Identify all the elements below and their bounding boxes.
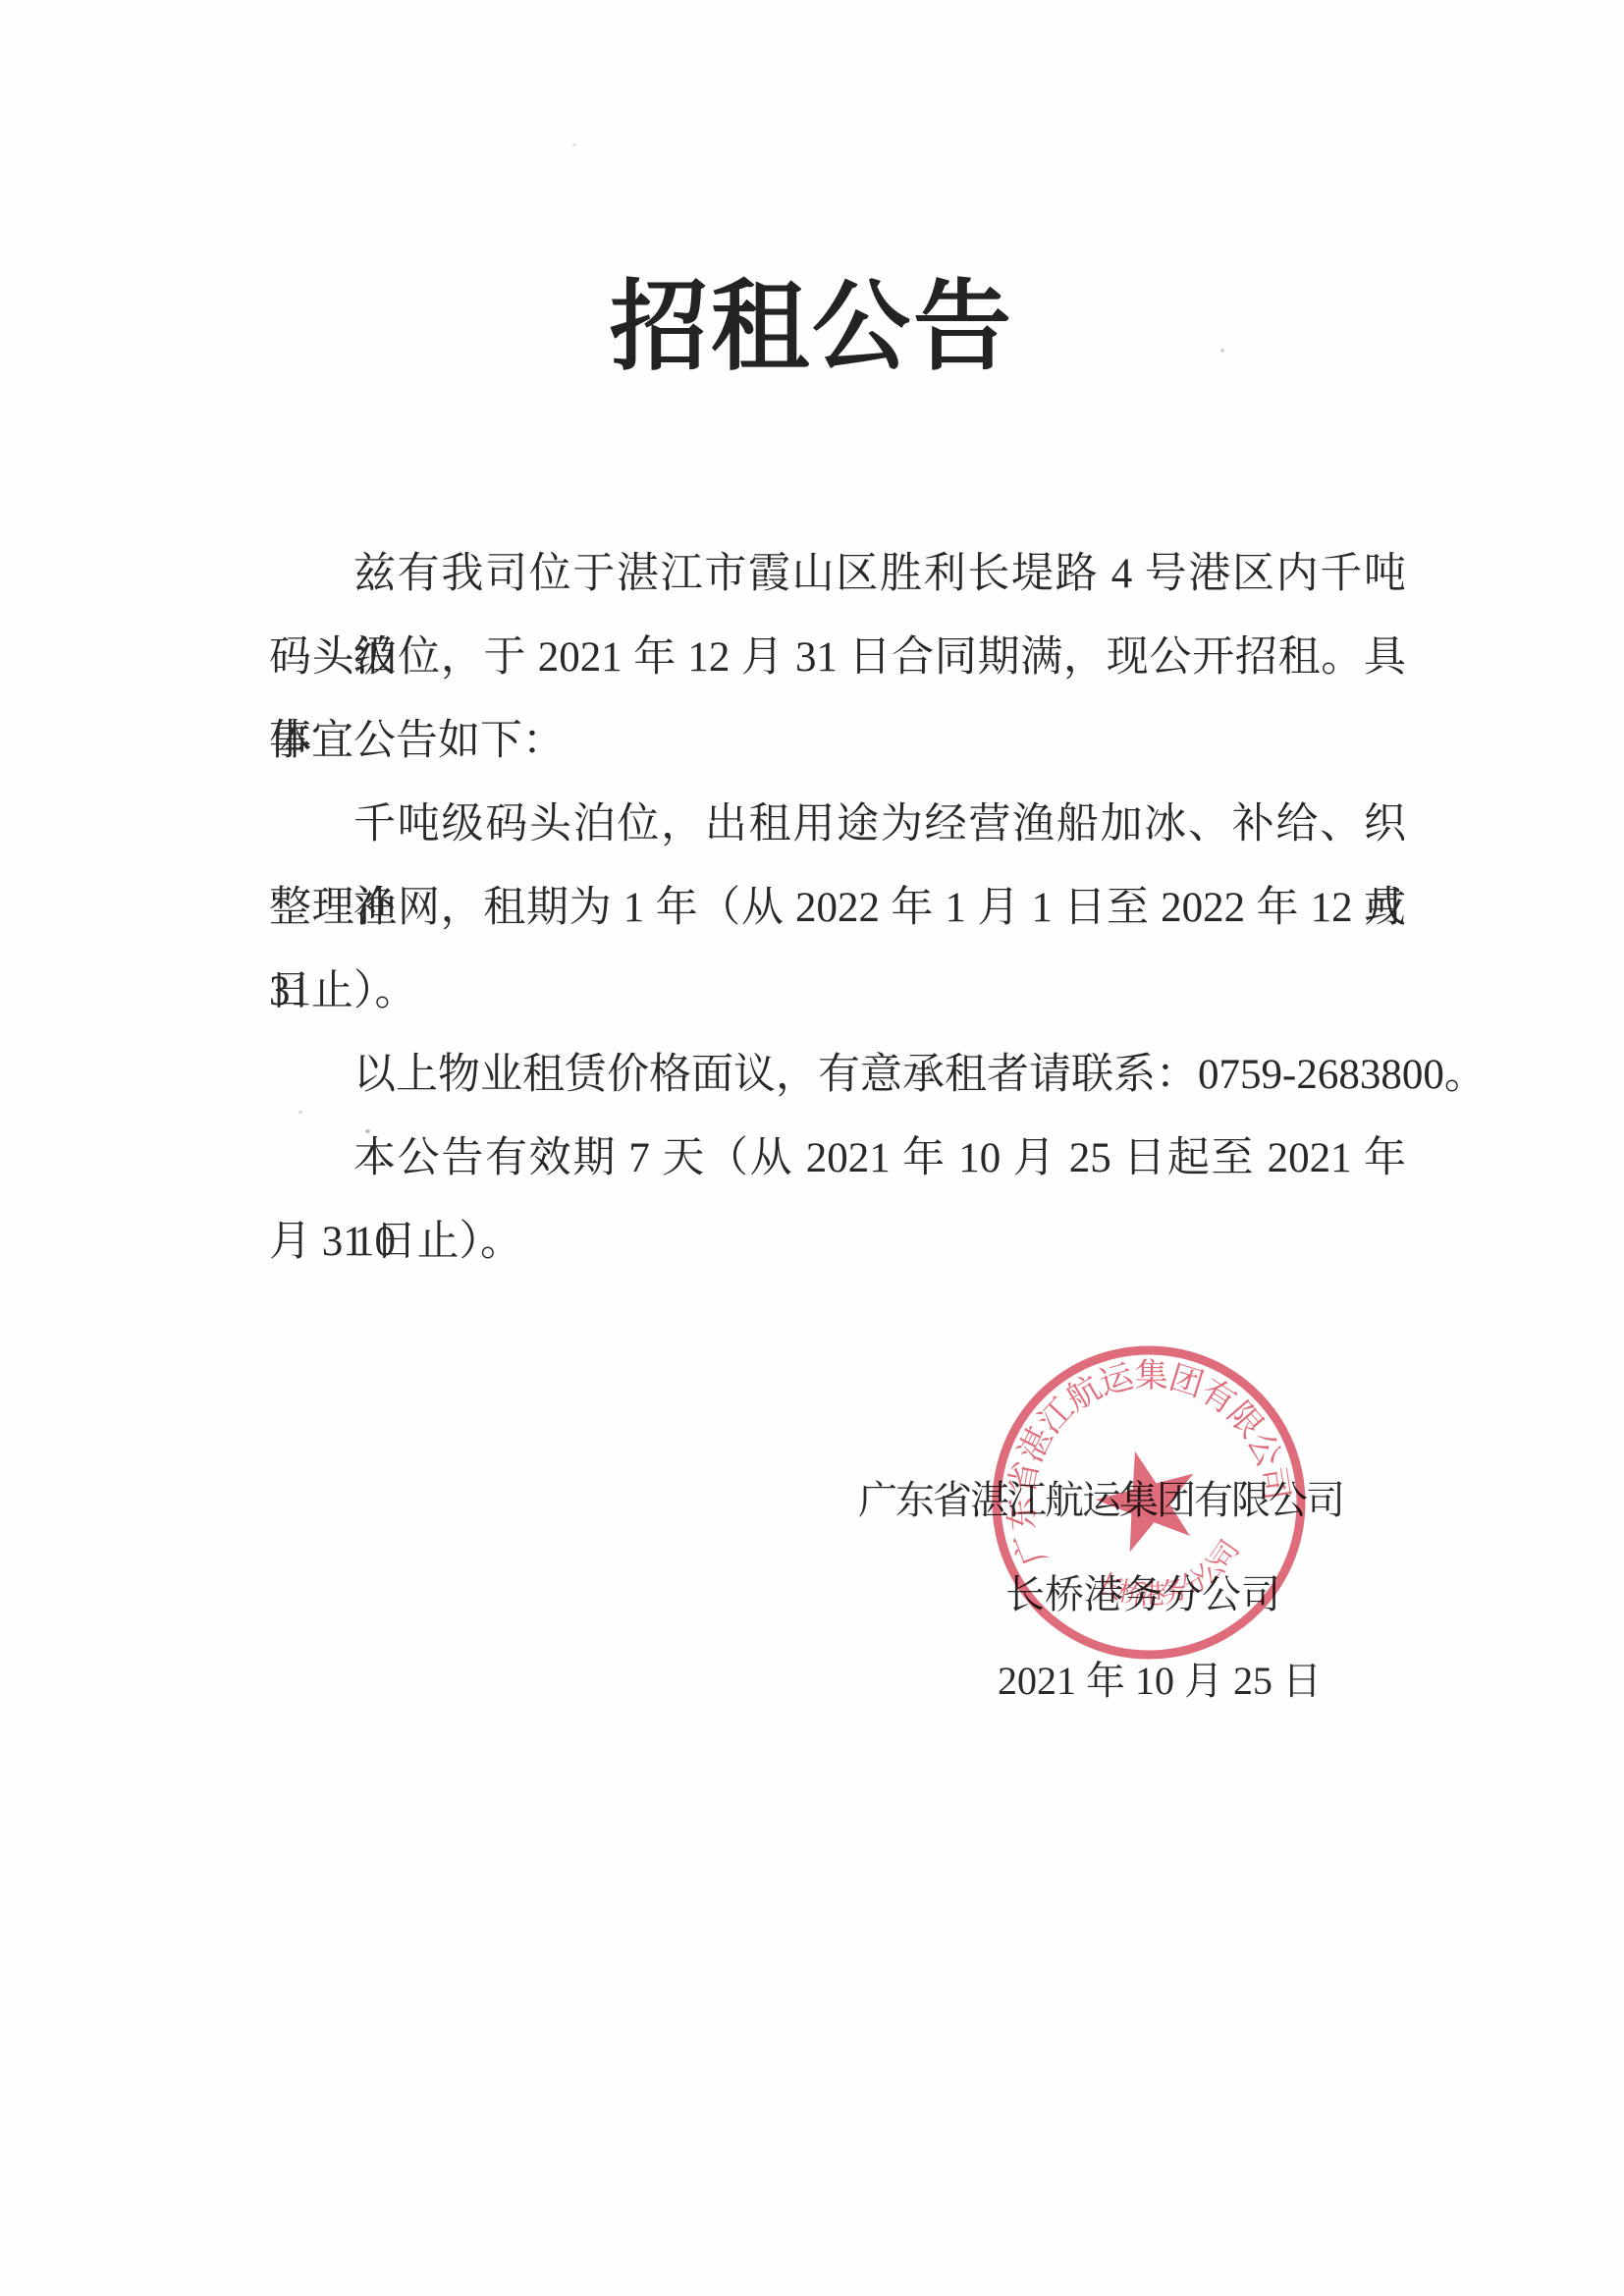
- scan-speck: [1220, 349, 1224, 353]
- svg-text:广东省湛江航运集团有限公司: 广东省湛江航运集团有限公司: [982, 1336, 1297, 1571]
- scan-speck: [365, 1129, 370, 1133]
- body-line: 兹有我司位于湛江市霞山区胜利长堤路 4 号港区内千吨级: [269, 532, 1406, 616]
- signature-company-name: 广东省湛江航运集团有限公司: [858, 1475, 1343, 1526]
- signature-date: 2021 年 10 月 25 日: [998, 1656, 1322, 1707]
- scanned-document-page: 招租公告 兹有我司位于湛江市霞山区胜利长堤路 4 号港区内千吨级 码头泊位，于 …: [0, 0, 1624, 2296]
- document-body: 兹有我司位于湛江市霞山区胜利长堤路 4 号港区内千吨级 码头泊位，于 2021 …: [269, 532, 1406, 1284]
- scan-speck: [298, 1111, 302, 1114]
- scan-speck: [572, 143, 576, 146]
- signature-branch-name: 长桥港务分公司: [1005, 1569, 1280, 1620]
- body-line: 千吨级码头泊位，出租用途为经营渔船加冰、补给、织补或: [269, 783, 1406, 866]
- body-line: 本公告有效期 7 天（从 2021 年 10 月 25 日起至 2021 年 1…: [269, 1117, 1406, 1200]
- body-line: 整理渔网，租期为 1 年（从 2022 年 1 月 1 日至 2022 年 12…: [269, 866, 1406, 950]
- body-line: 以上物业租赁价格面议，有意承租者请联系：0759-2683800。: [269, 1033, 1406, 1117]
- body-line: 日止）。: [269, 950, 1406, 1033]
- body-line: 码头泊位，于 2021 年 12 月 31 日合同期满，现公开招租。具体: [269, 616, 1406, 699]
- seal-ring-text: 广东省湛江航运集团有限公司: [982, 1336, 1297, 1571]
- body-line: 月 31 日止）。: [269, 1200, 1406, 1284]
- body-line: 事宜公告如下：: [269, 699, 1406, 783]
- document-title: 招租公告: [0, 262, 1624, 394]
